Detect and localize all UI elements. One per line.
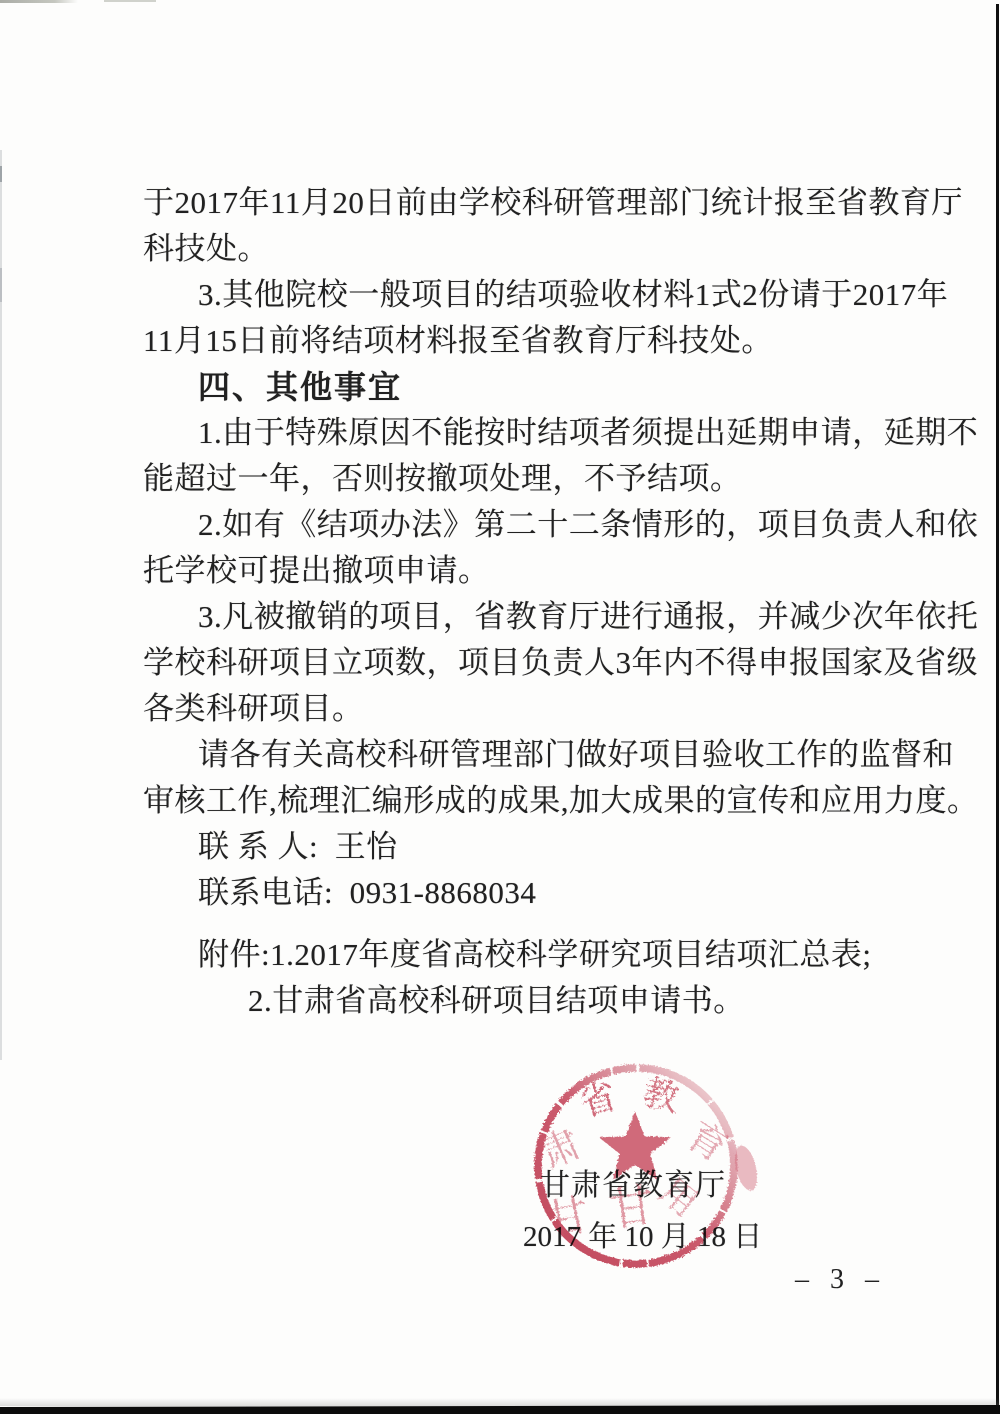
signature-date: 2017 年 10 月 18 日 <box>523 1214 762 1255</box>
document-line: 附件:1.2017年度省高校科学研究项目结项汇总表; <box>143 932 888 978</box>
document-line: 请各有关高校科研管理部门做好项目验收工作的监督和 <box>143 732 888 778</box>
document-line: 联系电话: 0931-8868034 <box>143 870 888 916</box>
document-line: 11月15日前将结项材料报至省教育厅科技处。 <box>143 318 888 364</box>
document-line: 2.如有《结项办法》第二十二条情形的，项目负责人和依 <box>143 502 888 548</box>
document-line: 2.甘肃省高校科研项目结项申请书。 <box>143 978 888 1024</box>
document-line: 各类科研项目。 <box>143 686 888 732</box>
document-line: 科技处。 <box>143 226 888 272</box>
document-line: 能超过一年，否则按撤项处理，不予结项。 <box>143 456 888 502</box>
document-line: 审核工作,梳理汇编形成的成果,加大成果的宣传和应用力度。 <box>143 778 888 824</box>
seal-ink-blob <box>731 1143 762 1192</box>
seal-arc-char: 省 <box>575 1076 621 1124</box>
seal-arc-char: 教 <box>639 1072 683 1119</box>
blank-line <box>143 916 888 932</box>
document-line: 四、其他事宜 <box>143 364 888 410</box>
document-line: 托学校可提出撤项申请。 <box>143 548 888 594</box>
scanned-document-page: 于2017年11月20日前由学校科研管理部门统计报至省教育厅科技处。3.其他院校… <box>0 0 1000 1414</box>
document-line: 学校科研项目立项数，项目负责人3年内不得申报国家及省级 <box>143 640 888 686</box>
document-line: 1.由于特殊原因不能按时结项者须提出延期申请，延期不 <box>143 410 888 456</box>
scan-artifact-left-tick <box>0 166 2 182</box>
scan-artifact-top-smudge <box>104 0 156 2</box>
page-number: – 3 – <box>795 1264 886 1296</box>
scan-artifact-left-tick <box>0 268 2 302</box>
scan-artifact-bottom-bar <box>0 1405 1000 1414</box>
document-line: 3.其他院校一般项目的结项验收材料1式2份请于2017年 <box>143 272 888 318</box>
scan-artifact-top-smudge <box>0 0 78 3</box>
scan-artifact-right-line <box>996 4 999 1414</box>
document-line: 3.凡被撤销的项目，省教育厅进行通报，并减少次年依托 <box>143 594 888 640</box>
signature-org: 甘肃省教育厅 <box>540 1160 726 1204</box>
document-line: 于2017年11月20日前由学校科研管理部门统计报至省教育厅 <box>143 180 888 226</box>
document-body: 于2017年11月20日前由学校科研管理部门统计报至省教育厅科技处。3.其他院校… <box>143 180 888 1024</box>
document-line: 联 系 人: 王怡 <box>143 824 888 870</box>
